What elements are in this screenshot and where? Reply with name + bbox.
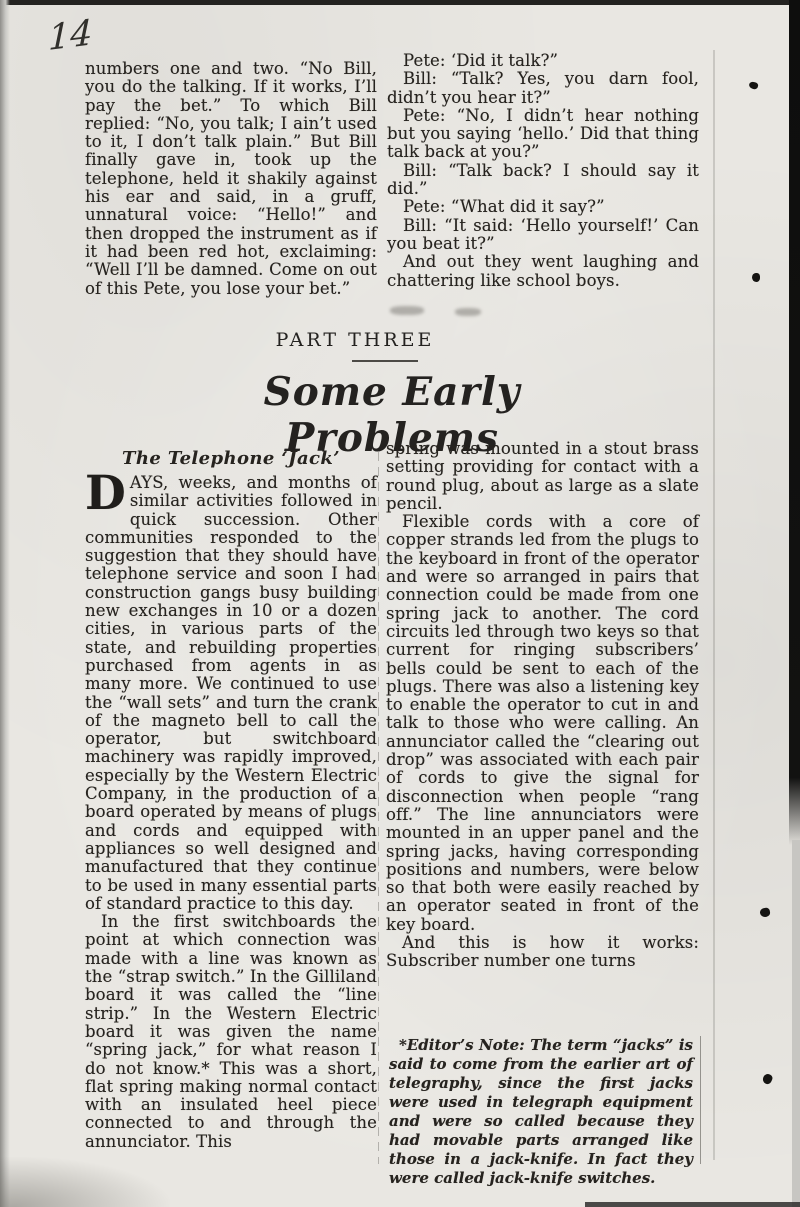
ink-speck [761,1073,773,1086]
ink-speck [759,907,770,918]
dialogue-line: Pete: “No, I didn’t hear nothing but you… [387,107,699,162]
scan-right-edge-shadow [789,0,800,845]
ink-speck [748,81,759,90]
dialogue-line: Bill: “Talk? Yes, you darn fool, didn’t … [387,70,699,107]
scan-bottom-shade [0,1157,170,1207]
scan-top-edge [0,0,800,5]
paragraph: And this is how it works: Subscriber num… [386,934,699,971]
ink-speck [752,273,760,282]
dropcap: D [85,476,126,511]
scanned-page: 14 numbers one and two. “No Bill, you do… [0,0,800,1207]
paragraph: numbers one and two. “No Bill, you do th… [85,60,377,298]
part-heading: PART THREE [85,329,625,351]
right-column-main: spring was mounted in a stout brass sett… [386,440,699,971]
column-divider-rule [378,452,379,1164]
dialogue-line: Pete: “What did it say?” [387,198,699,216]
dialogue-line: Bill: “It said: ‘Hello yourself!’ Can yo… [387,217,699,254]
page-crease-line [713,50,715,1160]
print-smudge [390,306,424,315]
page-number: 14 [48,13,93,59]
print-smudge [455,308,481,316]
paragraph: And out they went laughing and chatterin… [387,253,699,290]
dialogue-line: Bill: “Talk back? I should say it did.” [387,162,699,199]
scan-bottom-edge [585,1202,800,1207]
dialogue-line: Pete: ‘Did it talk?” [387,52,699,70]
heading-rule [352,360,418,362]
paragraph: spring was mounted in a stout brass sett… [386,440,699,513]
paragraph-with-dropcap: DAYS, weeks, and months of similar activ… [85,474,377,913]
paragraph: Flexible cords with a core of copper str… [386,513,699,934]
note-right-rule [700,1036,701,1164]
paragraph-text: AYS, weeks, and months of similar activi… [85,473,377,913]
editors-note: *Editor’s Note: The term “jacks” is said… [389,1036,693,1188]
left-column-top: numbers one and two. “No Bill, you do th… [85,60,377,298]
scan-left-edge [0,0,10,1207]
scan-right-edge-lower [792,840,800,1207]
right-column-top: Pete: ‘Did it talk?” Bill: “Talk? Yes, y… [387,52,699,290]
section-heading: The Telephone ‘Jack’ [85,448,377,469]
paragraph: In the first switchboards the point at w… [85,913,377,1151]
left-column-main: The Telephone ‘Jack’ DAYS, weeks, and mo… [85,448,377,1151]
article-title-line1: Some Early [85,369,699,415]
